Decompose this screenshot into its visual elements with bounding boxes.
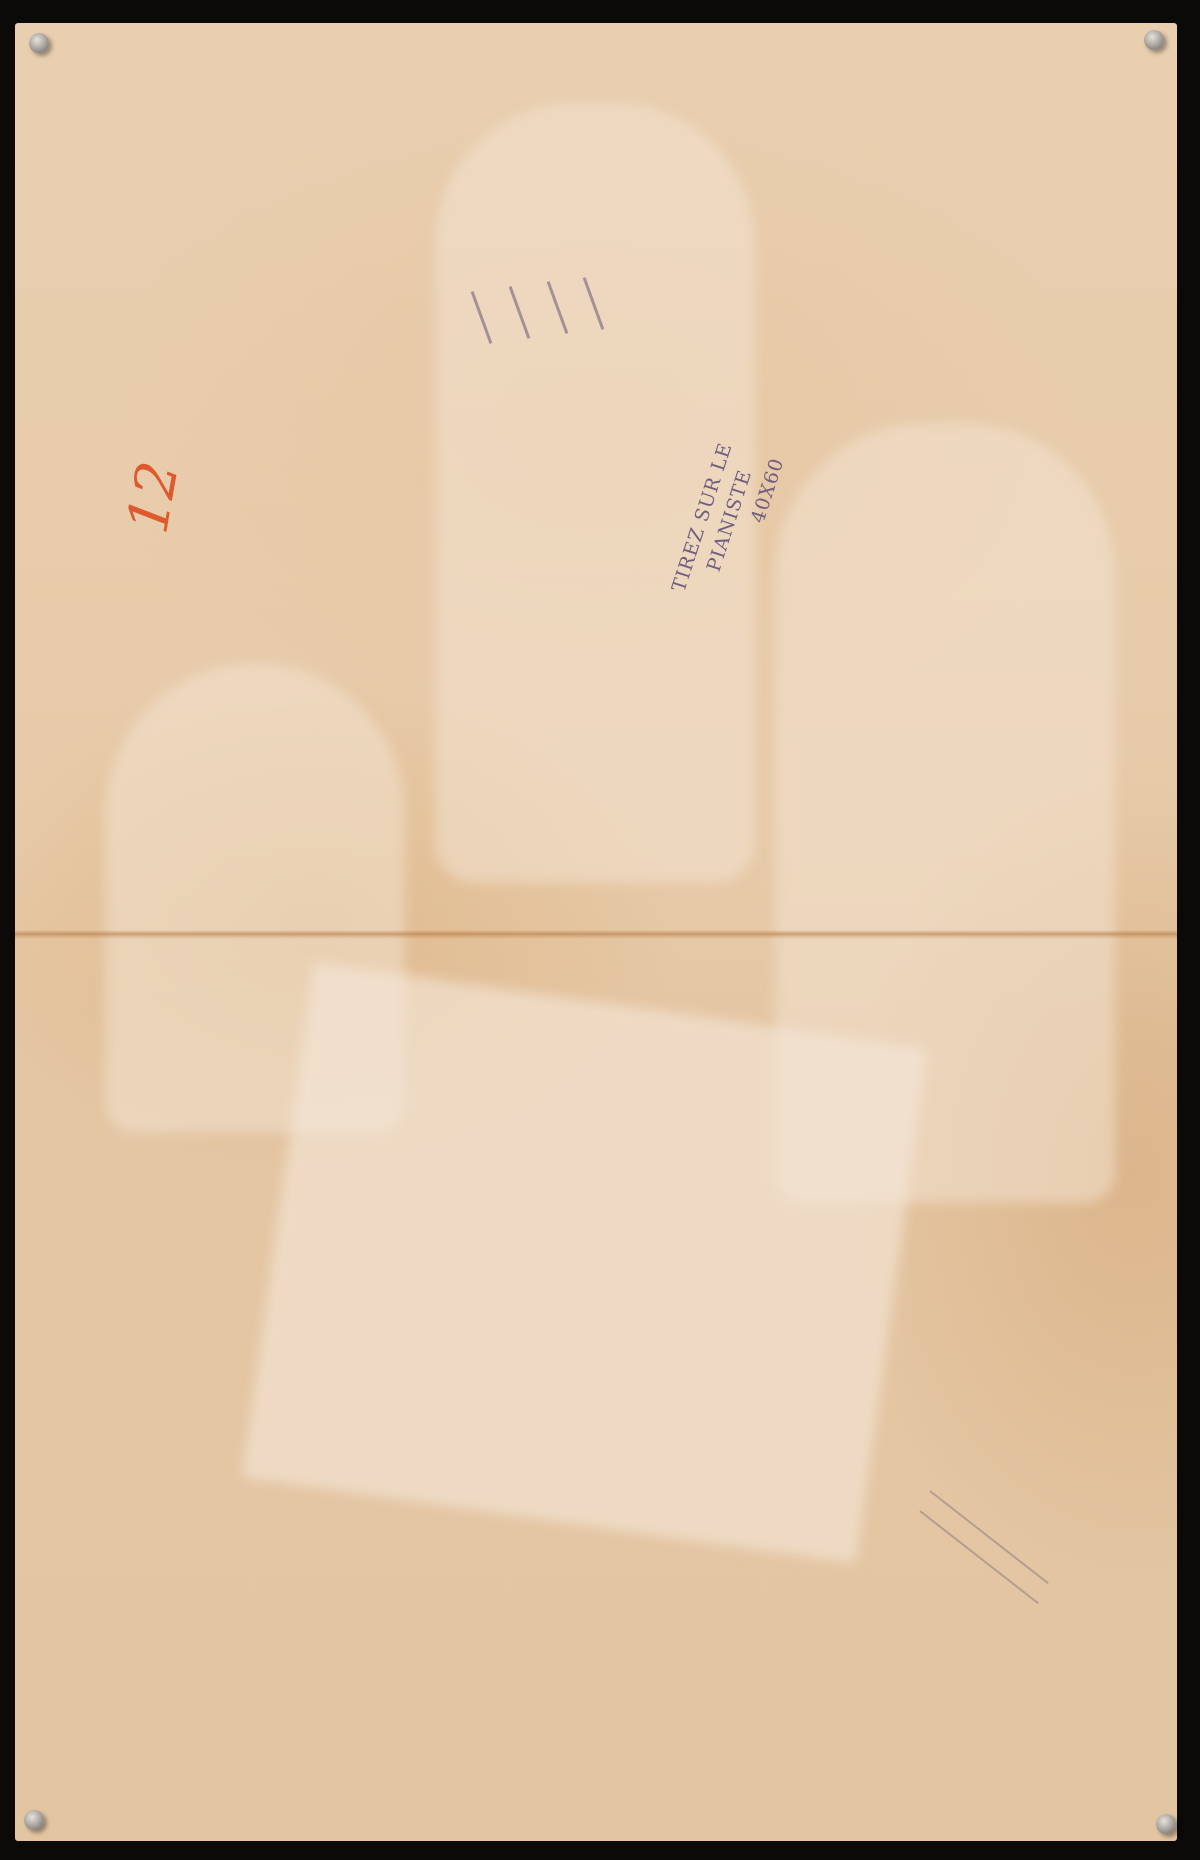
show-through-panel <box>242 962 928 1563</box>
pin-top-left <box>29 33 49 53</box>
handwritten-number: 12 <box>115 457 191 538</box>
stamp-marks <box>480 280 620 360</box>
pin-top-right <box>1144 30 1164 50</box>
pin-bottom-right <box>1156 1814 1176 1834</box>
fold-line <box>15 930 1177 939</box>
pin-bottom-left <box>24 1810 44 1830</box>
pencil-marks <box>920 1480 1080 1600</box>
